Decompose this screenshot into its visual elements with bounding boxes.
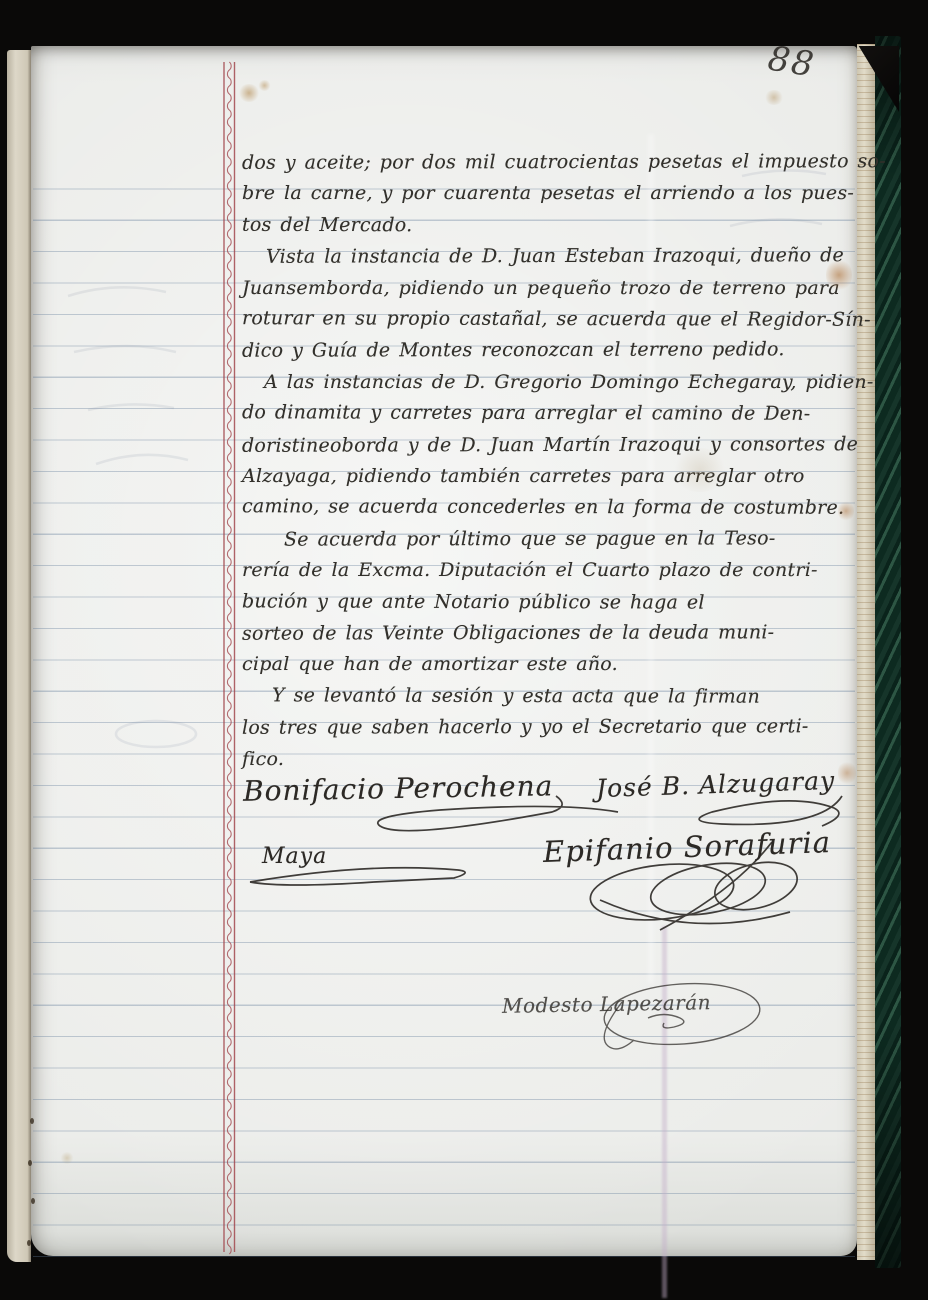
manuscript-line: bre la carne, y por cuarenta pesetas el … bbox=[242, 178, 854, 208]
manuscript-line: doristineoborda y de D. Juan Martín Iraz… bbox=[242, 429, 858, 461]
manuscript-line: bución y que ante Notario público se hag… bbox=[242, 586, 705, 617]
signature-secretary: Modesto Lapezarán bbox=[502, 990, 711, 1018]
binding-stitch bbox=[28, 1160, 32, 1166]
foxing-stain bbox=[672, 448, 728, 492]
binding-stitch bbox=[27, 1240, 31, 1246]
scanned-manuscript-screenshot: { "page": { "number": "88" }, "manuscrip… bbox=[0, 0, 928, 1300]
manuscript-line: roturar en su propio castañal, se acuerd… bbox=[242, 303, 871, 335]
manuscript-line: do dinamita y carretes para arreglar el … bbox=[242, 397, 811, 428]
foxing-stain bbox=[258, 80, 271, 91]
manuscript-line: cipal que han de amortizar este año. bbox=[242, 649, 618, 679]
manuscript-line: dico y Guía de Montes reconozcan el terr… bbox=[242, 335, 785, 366]
signature-maya: Maya bbox=[262, 844, 327, 869]
manuscript-line: Se acuerda por último que se pague en la… bbox=[284, 523, 776, 554]
foxing-stain bbox=[838, 760, 856, 786]
manuscript-line: dos y aceite; por dos mil cuatrocientas … bbox=[242, 146, 886, 178]
manuscript-line: A las instancias de D. Gregorio Domingo … bbox=[264, 367, 874, 397]
marbled-cover-edge bbox=[875, 36, 901, 1268]
facing-page-edge bbox=[7, 50, 31, 1262]
signature-perochena: Bonifacio Perochena bbox=[243, 769, 554, 807]
paper-crease-lavender bbox=[662, 926, 667, 1298]
manuscript-line: sorteo de las Veinte Obligaciones de la … bbox=[242, 617, 774, 648]
foxing-stain bbox=[238, 84, 260, 102]
manuscript-line: fico. bbox=[242, 744, 284, 774]
manuscript-line: Juansemborda, pidiendo un pequeño trozo … bbox=[242, 273, 840, 303]
manuscript-line: Y se levantó la sesión y esta acta que l… bbox=[272, 680, 760, 711]
foxing-stain bbox=[764, 90, 784, 105]
binding-stitch bbox=[30, 1118, 34, 1124]
page-stack-edge bbox=[857, 44, 875, 1260]
foxing-stain bbox=[60, 1152, 74, 1164]
manuscript-line: tos del Mercado. bbox=[242, 210, 413, 240]
manuscript-line: los tres que saben hacerlo y yo el Secre… bbox=[242, 711, 809, 742]
foxing-stain bbox=[826, 258, 852, 292]
manuscript-line: Vista la instancia de D. Juan Esteban Ir… bbox=[266, 240, 844, 272]
foxing-stain bbox=[838, 500, 854, 522]
manuscript-line: rería de la Excma. Diputación el Cuarto … bbox=[242, 555, 818, 585]
page-number: 88 bbox=[765, 39, 818, 86]
manuscript-line: camino, se acuerda concederles en la for… bbox=[242, 492, 844, 524]
binding-stitch bbox=[31, 1198, 35, 1204]
